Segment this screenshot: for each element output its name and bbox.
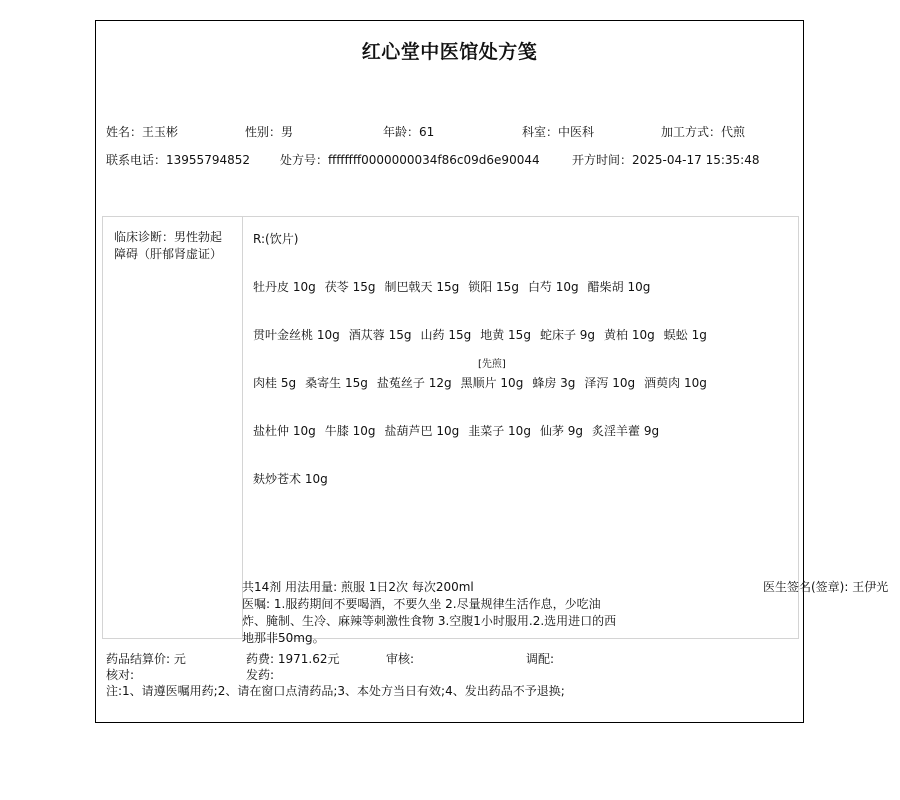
issue-field: 发药: (246, 667, 274, 683)
herb-note: [先煎] (461, 355, 524, 370)
herb-dose: 10g (684, 376, 707, 390)
herb-item: 黑顺片 10g[先煎] (461, 374, 524, 391)
herb-item: 茯苓 15g (325, 278, 376, 295)
herb-name: 山药 (420, 328, 444, 342)
herb-name: 锁阳 (468, 280, 492, 294)
herb-name: 牡丹皮 (253, 280, 289, 294)
herb-dose: 15g (496, 280, 519, 294)
herb-dose: 15g (353, 280, 376, 294)
check-field: 核对: (106, 667, 134, 683)
herb-name: 地黄 (480, 328, 504, 342)
herb-item: 酒萸肉 10g (644, 374, 707, 391)
herb-dose: 10g (612, 376, 635, 390)
herb-name: 茯苓 (325, 280, 349, 294)
herb-name: 盐杜仲 (253, 424, 289, 438)
herb-item: 黄柏 10g (604, 326, 655, 343)
herb-dose: 3g (560, 376, 575, 390)
herb-name: 麸炒苍术 (253, 472, 301, 486)
herb-name: 肉桂 (253, 376, 277, 390)
herb-item: 盐杜仲 10g (253, 422, 316, 439)
herb-item: 桑寄生 15g (305, 374, 368, 391)
page-title: 红心堂中医馆处方笺 (96, 37, 803, 64)
prescription-sheet: 红心堂中医馆处方笺 姓名：王玉彬 性别：男 年龄：61 科室：中医科 加工方式：… (95, 20, 804, 723)
contact-info-row: 联系电话：13955794852 处方号：ffffffff0000000034f… (106, 151, 793, 167)
herb-dose: 10g (500, 376, 523, 390)
prescription-box: 临床诊断：男性勃起障碍（肝郁肾虚证） R:(饮片) 牡丹皮 10g茯苓 15g制… (102, 216, 799, 639)
patient-name: 姓名：王玉彬 (106, 123, 178, 140)
herb-name: 仙茅 (540, 424, 564, 438)
herb-item: 盐菟丝子 12g (377, 374, 452, 391)
herb-dose: 10g (508, 424, 531, 438)
herb-item: 肉桂 5g (253, 374, 296, 391)
herb-name: 蜂房 (532, 376, 556, 390)
herb-item: 蜈蚣 1g (664, 326, 707, 343)
herb-dose: 10g (305, 472, 328, 486)
herb-dose: 10g (293, 424, 316, 438)
dispense-field: 调配: (526, 651, 554, 667)
herb-row: 盐杜仲 10g牛膝 10g盐葫芦巴 10g韭菜子 10g仙茅 9g炙淫羊藿 9g (253, 422, 788, 470)
herb-name: 盐菟丝子 (377, 376, 425, 390)
herb-name: 桑寄生 (305, 376, 341, 390)
herb-item: 酒苁蓉 15g (349, 326, 412, 343)
diagnosis-cell: 临床诊断：男性勃起障碍（肝郁肾虚证） (103, 217, 243, 638)
herb-name: 盐葫芦巴 (384, 424, 432, 438)
herb-dose: 12g (429, 376, 452, 390)
herb-item: 仙茅 9g (540, 422, 583, 439)
footer: 药品结算价: 元 药费: 1971.62元 审核: 调配: 核对: 发药: 注:… (106, 651, 793, 699)
herb-name: 蛇床子 (540, 328, 576, 342)
phone: 联系电话：13955794852 (106, 151, 250, 168)
herb-dose: 9g (568, 424, 583, 438)
review-field: 审核: (386, 651, 414, 667)
dosage-instructions: 共14剂 用法用量: 煎服 1日2次 每次200ml (242, 580, 474, 594)
herb-item: 山药 15g (420, 326, 471, 343)
herb-name: 泽泻 (584, 376, 608, 390)
herb-item: 醋柴胡 10g (588, 278, 651, 295)
drug-fee: 药费: 1971.62元 (246, 651, 340, 667)
doctor-signature: 医生签名(签章): 王伊光 (763, 579, 888, 596)
herb-dose: 10g (436, 424, 459, 438)
herb-dose: 10g (293, 280, 316, 294)
herb-dose: 10g (353, 424, 376, 438)
herb-dose: 15g (389, 328, 412, 342)
herb-item: 蛇床子 9g (540, 326, 595, 343)
herb-item: 白芍 10g (528, 278, 579, 295)
patient-info-row: 姓名：王玉彬 性别：男 年龄：61 科室：中医科 加工方式：代煎 (106, 123, 793, 139)
prescription-number: 处方号：ffffffff0000000034f86c09d6e90044 (280, 151, 540, 168)
herb-dose: 10g (317, 328, 340, 342)
herb-row: 麸炒苍术 10g (253, 470, 788, 518)
patient-age: 年龄：61 (383, 123, 434, 140)
herb-name: 韭菜子 (468, 424, 504, 438)
herb-dose: 15g (436, 280, 459, 294)
herb-dose: 10g (556, 280, 579, 294)
patient-gender: 性别：男 (245, 123, 293, 140)
herb-item: 韭菜子 10g (468, 422, 531, 439)
herb-item: 泽泻 10g (584, 374, 635, 391)
herb-row: 肉桂 5g桑寄生 15g盐菟丝子 12g黑顺片 10g[先煎]蜂房 3g泽泻 1… (253, 374, 788, 422)
herb-dose: 10g (628, 280, 651, 294)
medical-advice: 医嘱: 1.服药期间不要喝酒，不要久坐 2.尽量规律生活作息，少吃油炸、腌制、生… (242, 596, 622, 647)
herb-list: R:(饮片) 牡丹皮 10g茯苓 15g制巴戟天 15g锁阳 15g白芍 10g… (253, 230, 788, 518)
herb-item: 牛膝 10g (325, 422, 376, 439)
herb-name: 白芍 (528, 280, 552, 294)
prescription-time: 开方时间：2025-04-17 15:35:48 (572, 151, 759, 168)
herb-name: 酒萸肉 (644, 376, 680, 390)
herb-name: 制巴戟天 (384, 280, 432, 294)
herb-dose: 5g (281, 376, 296, 390)
herb-name: 贯叶金丝桃 (253, 328, 313, 342)
herb-item: 炙淫羊藿 9g (592, 422, 659, 439)
settlement-price: 药品结算价: 元 (106, 651, 186, 667)
herb-row: 牡丹皮 10g茯苓 15g制巴戟天 15g锁阳 15g白芍 10g醋柴胡 10g (253, 278, 788, 326)
herb-item: 锁阳 15g (468, 278, 519, 295)
herb-item: 蜂房 3g (532, 374, 575, 391)
herb-name: 醋柴胡 (588, 280, 624, 294)
herb-dose: 9g (580, 328, 595, 342)
herb-name: 酒苁蓉 (349, 328, 385, 342)
herb-item: 盐葫芦巴 10g (384, 422, 459, 439)
herb-name: 牛膝 (325, 424, 349, 438)
processing-method: 加工方式：代煎 (661, 123, 745, 140)
herb-item: 地黄 15g (480, 326, 531, 343)
herb-dose: 10g (632, 328, 655, 342)
herb-dose: 15g (508, 328, 531, 342)
herb-dose: 9g (644, 424, 659, 438)
herb-item: 麸炒苍术 10g (253, 470, 328, 487)
herb-name: 蜈蚣 (664, 328, 688, 342)
herb-name: 炙淫羊藿 (592, 424, 640, 438)
prescription-header: R:(饮片) (253, 230, 788, 246)
usage-section: 共14剂 用法用量: 煎服 1日2次 每次200ml 医生签名(签章): 王伊光… (242, 579, 900, 647)
department: 科室：中医科 (522, 123, 594, 140)
herb-name: 黄柏 (604, 328, 628, 342)
herb-dose: 15g (448, 328, 471, 342)
diagnosis-label: 临床诊断： (114, 230, 174, 244)
herb-item: 牡丹皮 10g (253, 278, 316, 295)
footer-notes: 注:1、请遵医嘱用药;2、请在窗口点清药品;3、本处方当日有效;4、发出药品不予… (106, 683, 565, 699)
herb-dose: 15g (345, 376, 368, 390)
herb-dose: 1g (692, 328, 707, 342)
herb-name: 黑顺片 (461, 376, 497, 390)
herb-item: 制巴戟天 15g (384, 278, 459, 295)
herb-item: 贯叶金丝桃 10g (253, 326, 340, 343)
